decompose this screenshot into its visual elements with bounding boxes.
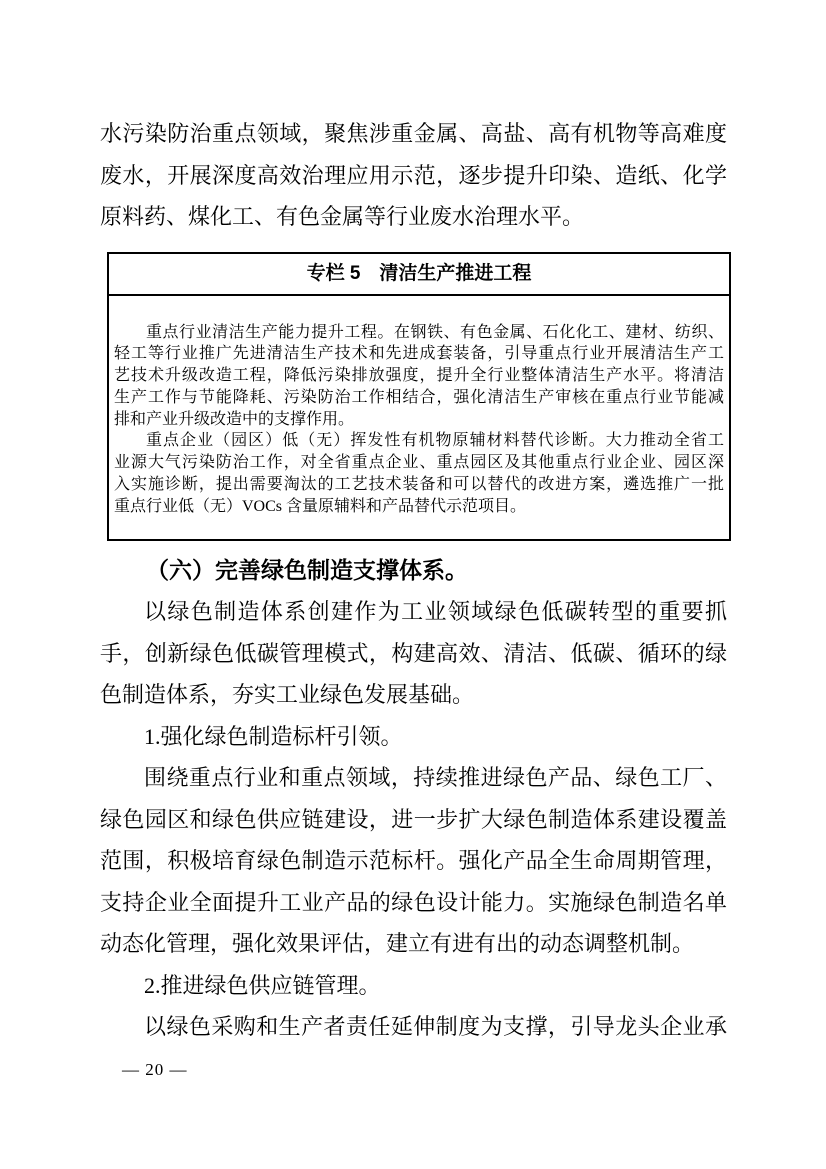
subsection-heading-1: 1.强化绿色制造标杆引领。 <box>100 716 727 758</box>
text-line: 轻工等行业推广先进清洁生产技术和先进成套装备，引导重点行业开展清洁生产工 <box>114 343 724 365</box>
special-column-box: 专栏 5 清洁生产推进工程 重点行业清洁生产能力提升工程。在钢铁、有色金属、石化… <box>107 252 731 541</box>
text-line: 入实施诊断，提出需要淘汰的工艺技术装备和可以替代的改进方案，遴选推广一批 <box>114 474 724 496</box>
body-paragraph-2: 围绕重点行业和重点领域，持续推进绿色产品、绿色工厂、 绿色园区和绿色供应链建设，… <box>100 757 727 965</box>
body-paragraph-3: 以绿色采购和生产者责任延伸制度为支撑，引导龙头企业承 <box>100 1006 727 1048</box>
page-content: 水污染防治重点领域，聚焦涉重金属、高盐、高有机物等高难度 废水，开展深度高效治理… <box>100 113 727 1048</box>
box-title: 专栏 5 清洁生产推进工程 <box>109 254 729 296</box>
text-line: 水污染防治重点领域，聚焦涉重金属、高盐、高有机物等高难度 <box>100 113 727 155</box>
text-line: 排和产业升级改造中的支撑作用。 <box>114 409 724 431</box>
text-line: 重点行业清洁生产能力提升工程。在钢铁、有色金属、石化化工、建材、纺织、 <box>114 322 724 344</box>
page-number: — 20 — <box>122 1058 188 1082</box>
text-line: 动态化管理，强化效果评估，建立有进有出的动态调整机制。 <box>100 923 727 965</box>
text-line: 手，创新绿色低碳管理模式，构建高效、清洁、低碳、循环的绿 <box>100 633 727 675</box>
text-line: 支持企业全面提升工业产品的绿色设计能力。实施绿色制造名单 <box>100 882 727 924</box>
box-paragraph-2: 重点企业（园区）低（无）挥发性有机物原辅材料替代诊断。大力推动全省工 业源大气污… <box>114 430 724 517</box>
text-line: 废水，开展深度高效治理应用示范，逐步提升印染、造纸、化学 <box>100 155 727 197</box>
box-paragraph-1: 重点行业清洁生产能力提升工程。在钢铁、有色金属、石化化工、建材、纺织、 轻工等行… <box>114 322 724 431</box>
text-line: 重点行业低（无）VOCs 含量原辅料和产品替代示范项目。 <box>114 496 724 518</box>
intro-paragraph: 水污染防治重点领域，聚焦涉重金属、高盐、高有机物等高难度 废水，开展深度高效治理… <box>100 113 727 238</box>
document-page: 水污染防治重点领域，聚焦涉重金属、高盐、高有机物等高难度 废水，开展深度高效治理… <box>0 0 826 1169</box>
subsection-heading-2: 2.推进绿色供应链管理。 <box>100 965 727 1007</box>
text-line: 原料药、煤化工、有色金属等行业废水治理水平。 <box>100 196 727 238</box>
text-line: 以绿色采购和生产者责任延伸制度为支撑，引导龙头企业承 <box>100 1006 727 1048</box>
text-line: 重点企业（园区）低（无）挥发性有机物原辅材料替代诊断。大力推动全省工 <box>114 430 724 452</box>
text-line: 围绕重点行业和重点领域，持续推进绿色产品、绿色工厂、 <box>100 757 727 799</box>
text-line: 色制造体系，夯实工业绿色发展基础。 <box>100 674 727 716</box>
box-body: 重点行业清洁生产能力提升工程。在钢铁、有色金属、石化化工、建材、纺织、 轻工等行… <box>109 296 729 539</box>
text-line: 范围，积极培育绿色制造示范标杆。强化产品全生命周期管理， <box>100 840 727 882</box>
text-line: 生产工作与节能降耗、污染防治工作相结合，强化清洁生产审核在重点行业节能减 <box>114 387 724 409</box>
text-line: 艺技术升级改造工程，降低污染排放强度，提升全行业整体清洁生产水平。将清洁 <box>114 365 724 387</box>
text-line: 以绿色制造体系创建作为工业领域绿色低碳转型的重要抓 <box>100 591 727 633</box>
text-line: 业源大气污染防治工作，对全省重点企业、重点园区及其他重点行业企业、园区深 <box>114 452 724 474</box>
text-line: 绿色园区和绿色供应链建设，进一步扩大绿色制造体系建设覆盖 <box>100 799 727 841</box>
section-heading: （六）完善绿色制造支撑体系。 <box>100 550 727 592</box>
body-paragraph-1: 以绿色制造体系创建作为工业领域绿色低碳转型的重要抓 手，创新绿色低碳管理模式，构… <box>100 591 727 716</box>
